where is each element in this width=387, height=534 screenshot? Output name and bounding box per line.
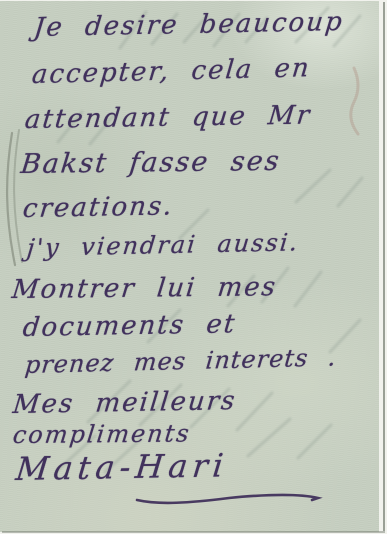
letter-line-5: creations. — [21, 191, 175, 224]
photo-right-edge-shadow — [383, 2, 385, 531]
letter-line-4: Bakst fasse ses — [19, 146, 282, 180]
letter-line-8: documents et — [21, 309, 237, 343]
letter-line-1: Je desire beaucoup — [32, 7, 345, 43]
letter-line-6: j'y viendrai aussi. — [26, 228, 301, 262]
letter-line-11: compliments — [11, 419, 192, 449]
letter-photo: Je desire beaucoup accepter, cela en att… — [0, 0, 387, 534]
letter-line-7: Montrer lui mes — [10, 272, 278, 305]
red-bleedthrough-mark — [351, 68, 358, 134]
signature-flourish-underline — [137, 495, 318, 503]
signature: Mata-Hari — [14, 446, 230, 488]
letter-line-3: attendant que Mr — [23, 100, 312, 135]
pencil-margin-marks — [7, 130, 22, 265]
photo-bottom-edge-shadow — [2, 531, 385, 533]
letter-line-10: Mes meilleurs — [11, 386, 238, 420]
